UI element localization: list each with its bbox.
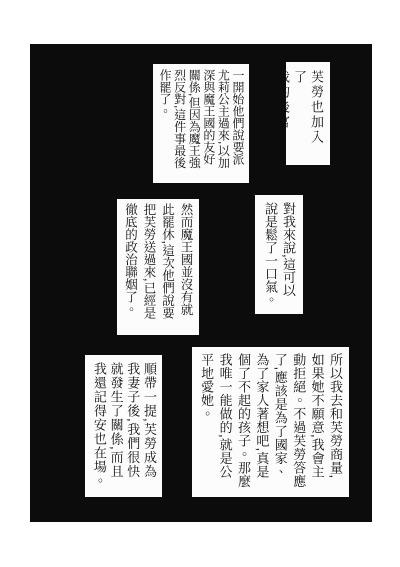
text-column: 然而魔王國並沒有就 bbox=[177, 203, 196, 331]
text-column: 如果她不願意,我會主 bbox=[307, 353, 325, 491]
text-column: 此罷休,這次他們說要 bbox=[158, 203, 177, 331]
narration-box-aside: 順帶一提,芙勞成為 我妻子後,我們很快 就發生了關係,而且 我還記得安也在場。 bbox=[85, 355, 162, 497]
narration-box-flora-decision: 所以我去和芙勞商量, 如果她不願意,我會主 動拒絕。不過芙勞答應 了,應該是為了… bbox=[192, 347, 349, 497]
text-column: 對我來說,這可以 bbox=[279, 202, 297, 307]
narration-box-harem: 芙勞也加入了 我的後宮。 bbox=[286, 62, 330, 165]
narration-box-political-marriage: 然而魔王國並沒有就 此罷休,這次他們說要 把芙勞送過來,已經是 徹底的政治聯姻了… bbox=[117, 199, 199, 335]
text-column: 所以我去和芙勞商量, bbox=[326, 353, 344, 491]
text-column: 芙勞也加入了 bbox=[291, 70, 325, 157]
text-column: 個了不起的孩子。那麼 bbox=[234, 353, 252, 491]
text-column: 順帶一提,芙勞成為 bbox=[140, 362, 157, 490]
text-column: 徹底的政治聯姻了。 bbox=[121, 203, 140, 331]
manga-page: 芙勞也加入了 我的後宮。 一開始他們說要派 尤莉公主過來,以加 深與魔王國的友好… bbox=[0, 0, 400, 567]
text-column: 就發生了關係,而且 bbox=[107, 362, 124, 490]
text-column: 烈反對,這件事最後 bbox=[172, 69, 187, 178]
text-column: 為了家人著想吧,真是 bbox=[252, 353, 270, 491]
text-column: 動拒絕。不過芙勞答應 bbox=[289, 353, 307, 491]
text-column: 我妻子後,我們很快 bbox=[124, 362, 141, 490]
text-column: 尤莉公主過來,以加 bbox=[216, 69, 231, 178]
text-column: 作罷了。 bbox=[157, 69, 172, 178]
text-column: 了,應該是為了國家、 bbox=[270, 353, 288, 491]
text-column: 說是鬆了一口氣。 bbox=[261, 202, 279, 307]
text-column: 我唯一能做的,就是公 bbox=[215, 353, 233, 491]
text-column: 把芙勞送過來,已經是 bbox=[140, 203, 159, 331]
text-column: 我的後宮。 bbox=[286, 70, 291, 157]
text-column: 我還記得安也在場。 bbox=[90, 362, 107, 490]
narration-box-relief: 對我來說,這可以 說是鬆了一口氣。 bbox=[255, 195, 303, 314]
text-column: 一開始他們說要派 bbox=[230, 69, 245, 178]
narration-box-yuri-plan: 一開始他們說要派 尤莉公主過來,以加 深與魔王國的友好 關係,但因為魔王強 烈反… bbox=[153, 64, 249, 183]
text-column: 平地愛她。 bbox=[197, 353, 215, 491]
text-column: 深與魔王國的友好 bbox=[201, 69, 216, 178]
text-column: 關係,但因為魔王強 bbox=[187, 69, 202, 178]
